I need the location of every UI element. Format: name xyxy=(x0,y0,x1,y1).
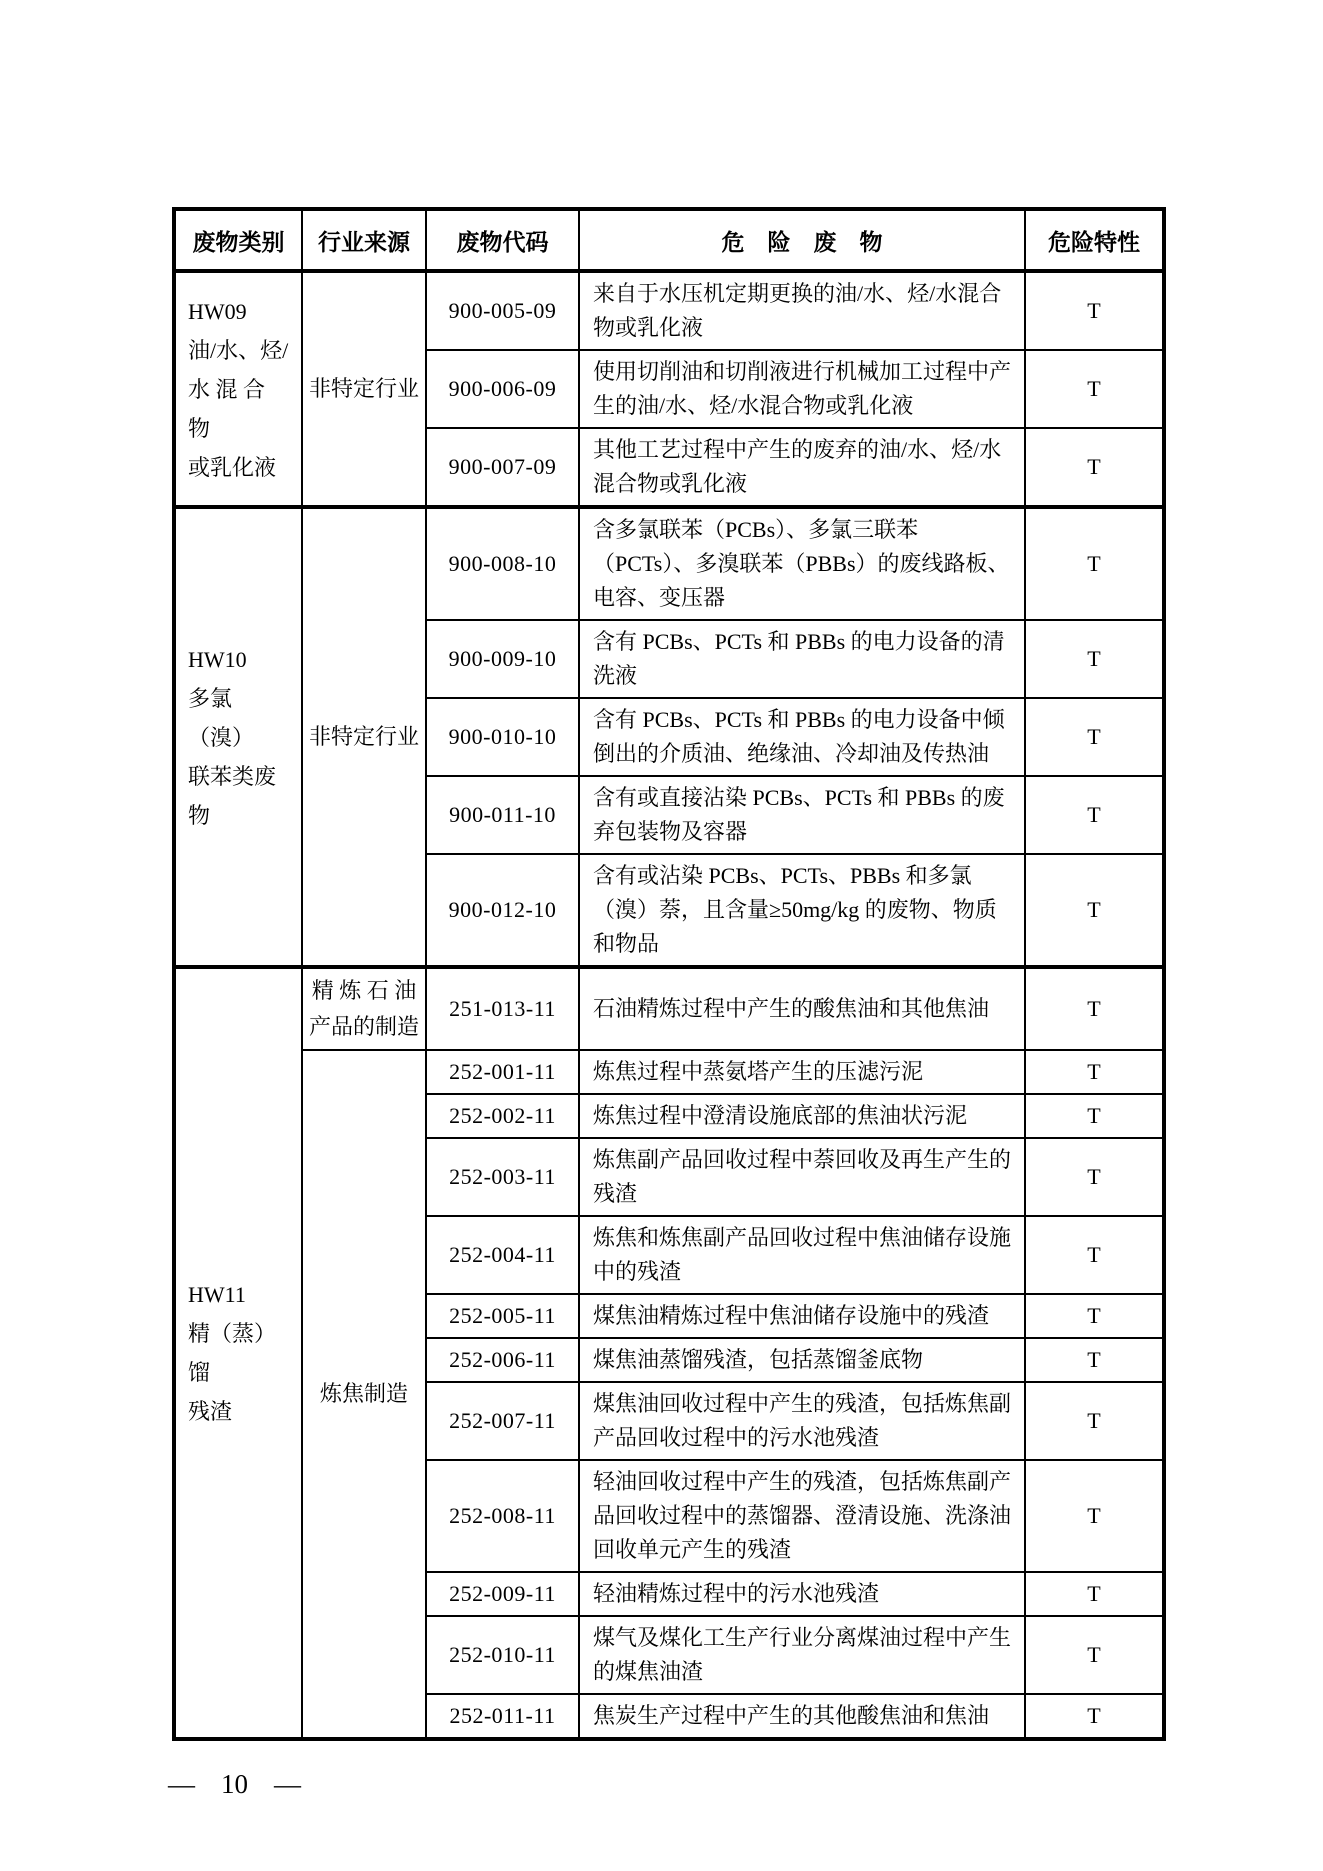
footer-dash-right: — xyxy=(274,1769,301,1800)
hazard-characteristic-cell: T xyxy=(1025,507,1164,620)
waste-code-cell: 251-013-11 xyxy=(426,967,579,1050)
waste-code-cell: 252-002-11 xyxy=(426,1094,579,1138)
waste-description-cell: 焦炭生产过程中产生的其他酸焦油和焦油 xyxy=(579,1694,1025,1739)
hazard-characteristic-cell: T xyxy=(1025,1382,1164,1460)
hazard-characteristic-cell: T xyxy=(1025,698,1164,776)
hazard-characteristic-cell: T xyxy=(1025,967,1164,1050)
hazardous-waste-table: 废物类别 行业来源 废物代码 危 险 废 物 危险特性 HW09 油/水、烃/ … xyxy=(172,207,1166,1741)
column-header-waste-category: 废物类别 xyxy=(174,209,302,271)
industry-source-cell: 炼焦制造 xyxy=(302,1050,426,1739)
table-row: HW09 油/水、烃/ 水 混 合 物 或乳化液非特定行业900-005-09来… xyxy=(174,271,1164,350)
waste-description-cell: 来自于水压机定期更换的油/水、烃/水混合物或乳化液 xyxy=(579,271,1025,350)
waste-code-cell: 900-008-10 xyxy=(426,507,579,620)
industry-source-cell: 精 炼 石 油 产品的制造 xyxy=(302,967,426,1050)
page-footer: — 10 — xyxy=(168,1769,1323,1800)
waste-code-cell: 900-007-09 xyxy=(426,428,579,507)
waste-code-cell: 900-005-09 xyxy=(426,271,579,350)
waste-code-cell: 252-006-11 xyxy=(426,1338,579,1382)
table-row: HW10 多氯（溴） 联苯类废物非特定行业900-008-10含多氯联苯（PCB… xyxy=(174,507,1164,620)
waste-code-cell: 252-001-11 xyxy=(426,1050,579,1094)
waste-description-cell: 轻油精炼过程中的污水池残渣 xyxy=(579,1572,1025,1616)
table-body: HW09 油/水、烃/ 水 混 合 物 或乳化液非特定行业900-005-09来… xyxy=(174,271,1164,1739)
hazard-characteristic-cell: T xyxy=(1025,620,1164,698)
waste-description-cell: 含有或直接沾染 PCBs、PCTs 和 PBBs 的废弃包装物及容器 xyxy=(579,776,1025,854)
document-page: 废物类别 行业来源 废物代码 危 险 废 物 危险特性 HW09 油/水、烃/ … xyxy=(0,0,1323,1871)
waste-description-cell: 轻油回收过程中产生的残渣，包括炼焦副产品回收过程中的蒸馏器、澄清设施、洗涤油回收… xyxy=(579,1460,1025,1572)
hazard-characteristic-cell: T xyxy=(1025,1138,1164,1216)
waste-code-cell: 252-008-11 xyxy=(426,1460,579,1572)
hazard-characteristic-cell: T xyxy=(1025,271,1164,350)
hazard-characteristic-cell: T xyxy=(1025,1094,1164,1138)
hazard-characteristic-cell: T xyxy=(1025,1460,1164,1572)
waste-description-cell: 含有或沾染 PCBs、PCTs、PBBs 和多氯（溴）萘，且含量≥50mg/kg… xyxy=(579,854,1025,967)
waste-description-cell: 煤焦油蒸馏残渣，包括蒸馏釜底物 xyxy=(579,1338,1025,1382)
hazard-characteristic-cell: T xyxy=(1025,1338,1164,1382)
waste-description-cell: 炼焦和炼焦副产品回收过程中焦油储存设施中的残渣 xyxy=(579,1216,1025,1294)
column-header-hazard-characteristic: 危险特性 xyxy=(1025,209,1164,271)
column-header-hazardous-waste: 危 险 废 物 xyxy=(579,209,1025,271)
hazard-characteristic-cell: T xyxy=(1025,1050,1164,1094)
waste-code-cell: 252-003-11 xyxy=(426,1138,579,1216)
hazard-characteristic-cell: T xyxy=(1025,1294,1164,1338)
waste-description-cell: 含有 PCBs、PCTs 和 PBBs 的电力设备的清洗液 xyxy=(579,620,1025,698)
waste-category-cell: HW10 多氯（溴） 联苯类废物 xyxy=(174,507,302,967)
table-row: HW11 精（蒸）馏 残渣精 炼 石 油 产品的制造251-013-11石油精炼… xyxy=(174,967,1164,1050)
waste-description-cell: 使用切削油和切削液进行机械加工过程中产生的油/水、烃/水混合物或乳化液 xyxy=(579,350,1025,428)
hazard-characteristic-cell: T xyxy=(1025,776,1164,854)
waste-code-cell: 252-005-11 xyxy=(426,1294,579,1338)
waste-description-cell: 煤气及煤化工生产行业分离煤油过程中产生的煤焦油渣 xyxy=(579,1616,1025,1694)
waste-category-cell: HW09 油/水、烃/ 水 混 合 物 或乳化液 xyxy=(174,271,302,507)
waste-description-cell: 炼焦过程中蒸氨塔产生的压滤污泥 xyxy=(579,1050,1025,1094)
waste-code-cell: 900-011-10 xyxy=(426,776,579,854)
waste-description-cell: 含多氯联苯（PCBs）、多氯三联苯（PCTs）、多溴联苯（PBBs）的废线路板、… xyxy=(579,507,1025,620)
waste-description-cell: 含有 PCBs、PCTs 和 PBBs 的电力设备中倾倒出的介质油、绝缘油、冷却… xyxy=(579,698,1025,776)
column-header-waste-code: 废物代码 xyxy=(426,209,579,271)
header-row: 废物类别 行业来源 废物代码 危 险 废 物 危险特性 xyxy=(174,209,1164,271)
waste-code-cell: 252-010-11 xyxy=(426,1616,579,1694)
waste-code-cell: 900-012-10 xyxy=(426,854,579,967)
hazard-characteristic-cell: T xyxy=(1025,1694,1164,1739)
waste-description-cell: 炼焦副产品回收过程中萘回收及再生产生的残渣 xyxy=(579,1138,1025,1216)
column-header-industry-source: 行业来源 xyxy=(302,209,426,271)
hazard-characteristic-cell: T xyxy=(1025,1616,1164,1694)
waste-code-cell: 252-009-11 xyxy=(426,1572,579,1616)
waste-description-cell: 炼焦过程中澄清设施底部的焦油状污泥 xyxy=(579,1094,1025,1138)
waste-code-cell: 900-010-10 xyxy=(426,698,579,776)
waste-code-cell: 900-009-10 xyxy=(426,620,579,698)
table-row: 炼焦制造252-001-11炼焦过程中蒸氨塔产生的压滤污泥T xyxy=(174,1050,1164,1094)
waste-code-cell: 252-004-11 xyxy=(426,1216,579,1294)
waste-category-cell: HW11 精（蒸）馏 残渣 xyxy=(174,967,302,1739)
hazard-characteristic-cell: T xyxy=(1025,1572,1164,1616)
footer-dash-left: — xyxy=(168,1769,195,1800)
waste-description-cell: 其他工艺过程中产生的废弃的油/水、烃/水混合物或乳化液 xyxy=(579,428,1025,507)
waste-description-cell: 煤焦油回收过程中产生的残渣，包括炼焦副产品回收过程中的污水池残渣 xyxy=(579,1382,1025,1460)
hazard-characteristic-cell: T xyxy=(1025,350,1164,428)
hazard-characteristic-cell: T xyxy=(1025,428,1164,507)
waste-code-cell: 252-007-11 xyxy=(426,1382,579,1460)
waste-code-cell: 252-011-11 xyxy=(426,1694,579,1739)
waste-description-cell: 石油精炼过程中产生的酸焦油和其他焦油 xyxy=(579,967,1025,1050)
table-header-row: 废物类别 行业来源 废物代码 危 险 废 物 危险特性 xyxy=(174,209,1164,271)
hazard-characteristic-cell: T xyxy=(1025,854,1164,967)
hazard-characteristic-cell: T xyxy=(1025,1216,1164,1294)
waste-code-cell: 900-006-09 xyxy=(426,350,579,428)
page-number: 10 xyxy=(221,1769,248,1800)
waste-description-cell: 煤焦油精炼过程中焦油储存设施中的残渣 xyxy=(579,1294,1025,1338)
industry-source-cell: 非特定行业 xyxy=(302,507,426,967)
industry-source-cell: 非特定行业 xyxy=(302,271,426,507)
